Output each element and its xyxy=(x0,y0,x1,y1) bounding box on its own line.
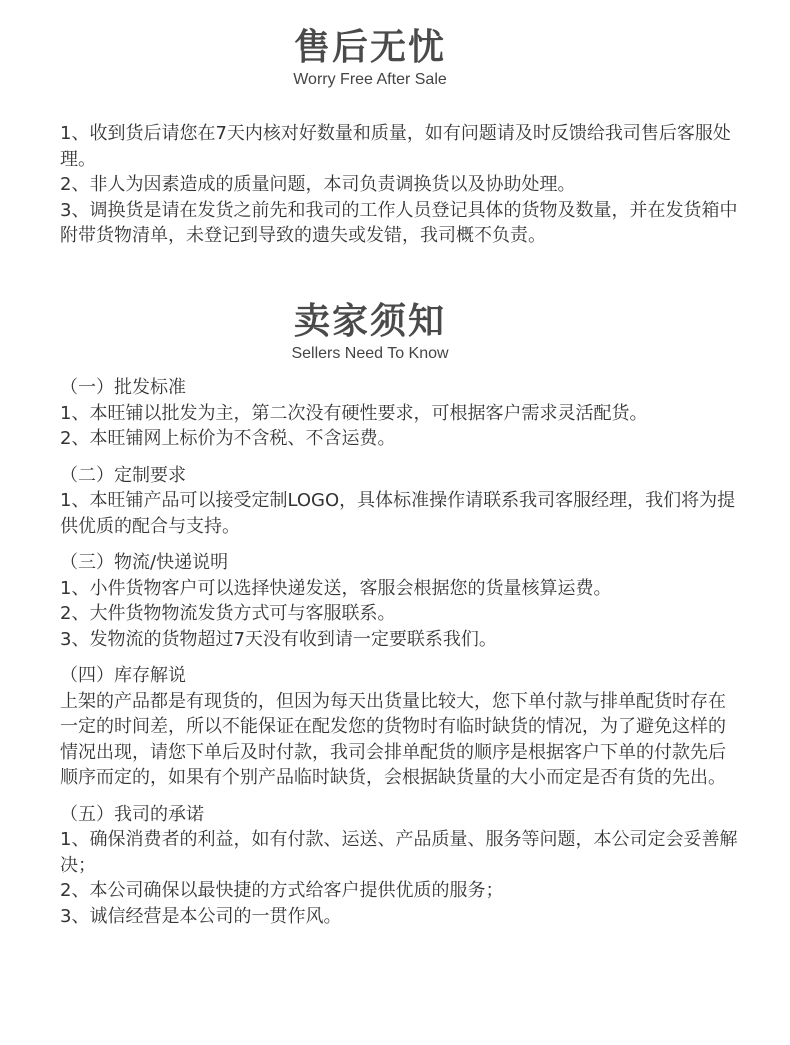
after-sale-list: 1、收到货后请您在7天内核对好数量和质量，如有问题请及时反馈给我司售后客服处理。… xyxy=(60,121,740,249)
section-commitment: （五）我司的承诺 1、确保消费者的利益，如有付款、运送、产品质量、服务等问题，本… xyxy=(60,802,740,930)
section-item: 3、发物流的货物超过7天没有收到请一定要联系我们。 xyxy=(60,627,740,653)
after-sale-item: 3、调换货是请在发货之前先和我司的工作人员登记具体的货物及数量，并在发货箱中附带… xyxy=(60,198,740,249)
section-item: 2、本公司确保以最快捷的方式给客户提供优质的服务； xyxy=(60,878,740,904)
after-sale-item: 2、非人为因素造成的质量问题，本司负责调换货以及协助处理。 xyxy=(60,172,740,198)
section-heading: （三）物流/快递说明 xyxy=(60,550,740,576)
section-inventory: （四）库存解说 上架的产品都是有现货的，但因为每天出货量比较大，您下单付款与排单… xyxy=(60,663,740,791)
section-item: 1、确保消费者的利益，如有付款、运送、产品质量、服务等问题，本公司定会妥善解决； xyxy=(60,827,740,878)
section-logistics: （三）物流/快递说明 1、小件货物客户可以选择快递发送，客服会根据您的货量核算运… xyxy=(60,550,740,652)
sellers-sections: （一）批发标准 1、本旺铺以批发为主，第二次没有硬性要求，可根据客户需求灵活配货… xyxy=(60,375,740,929)
section-item: 上架的产品都是有现货的，但因为每天出货量比较大，您下单付款与排单配货时存在一定的… xyxy=(60,689,740,791)
after-sale-title: 售后无忧 xyxy=(0,26,740,70)
section-wholesale: （一）批发标准 1、本旺铺以批发为主，第二次没有硬性要求，可根据客户需求灵活配货… xyxy=(60,375,740,452)
section-item: 3、诚信经营是本公司的一贯作风。 xyxy=(60,904,740,930)
section-item: 1、小件货物客户可以选择快递发送，客服会根据您的货量核算运费。 xyxy=(60,576,740,602)
section-customization: （二）定制要求 1、本旺铺产品可以接受定制LOGO，具体标准操作请联系我司客服经… xyxy=(60,463,740,540)
sellers-header: 卖家须知 Sellers Need To Know xyxy=(0,300,740,364)
section-heading: （二）定制要求 xyxy=(60,463,740,489)
section-item: 2、大件货物物流发货方式可与客服联系。 xyxy=(60,601,740,627)
section-heading: （四）库存解说 xyxy=(60,663,740,689)
after-sale-header: 售后无忧 Worry Free After Sale xyxy=(0,26,740,90)
section-item: 1、本旺铺以批发为主，第二次没有硬性要求，可根据客户需求灵活配货。 xyxy=(60,401,740,427)
section-item: 1、本旺铺产品可以接受定制LOGO，具体标准操作请联系我司客服经理，我们将为提供… xyxy=(60,488,740,539)
section-item: 2、本旺铺网上标价为不含税、不含运费。 xyxy=(60,426,740,452)
section-heading: （五）我司的承诺 xyxy=(60,802,740,828)
after-sale-subtitle: Worry Free After Sale xyxy=(0,70,740,90)
after-sale-item: 1、收到货后请您在7天内核对好数量和质量，如有问题请及时反馈给我司售后客服处理。 xyxy=(60,121,740,172)
sellers-title: 卖家须知 xyxy=(0,300,740,344)
sellers-subtitle: Sellers Need To Know xyxy=(0,344,740,364)
section-heading: （一）批发标准 xyxy=(60,375,740,401)
